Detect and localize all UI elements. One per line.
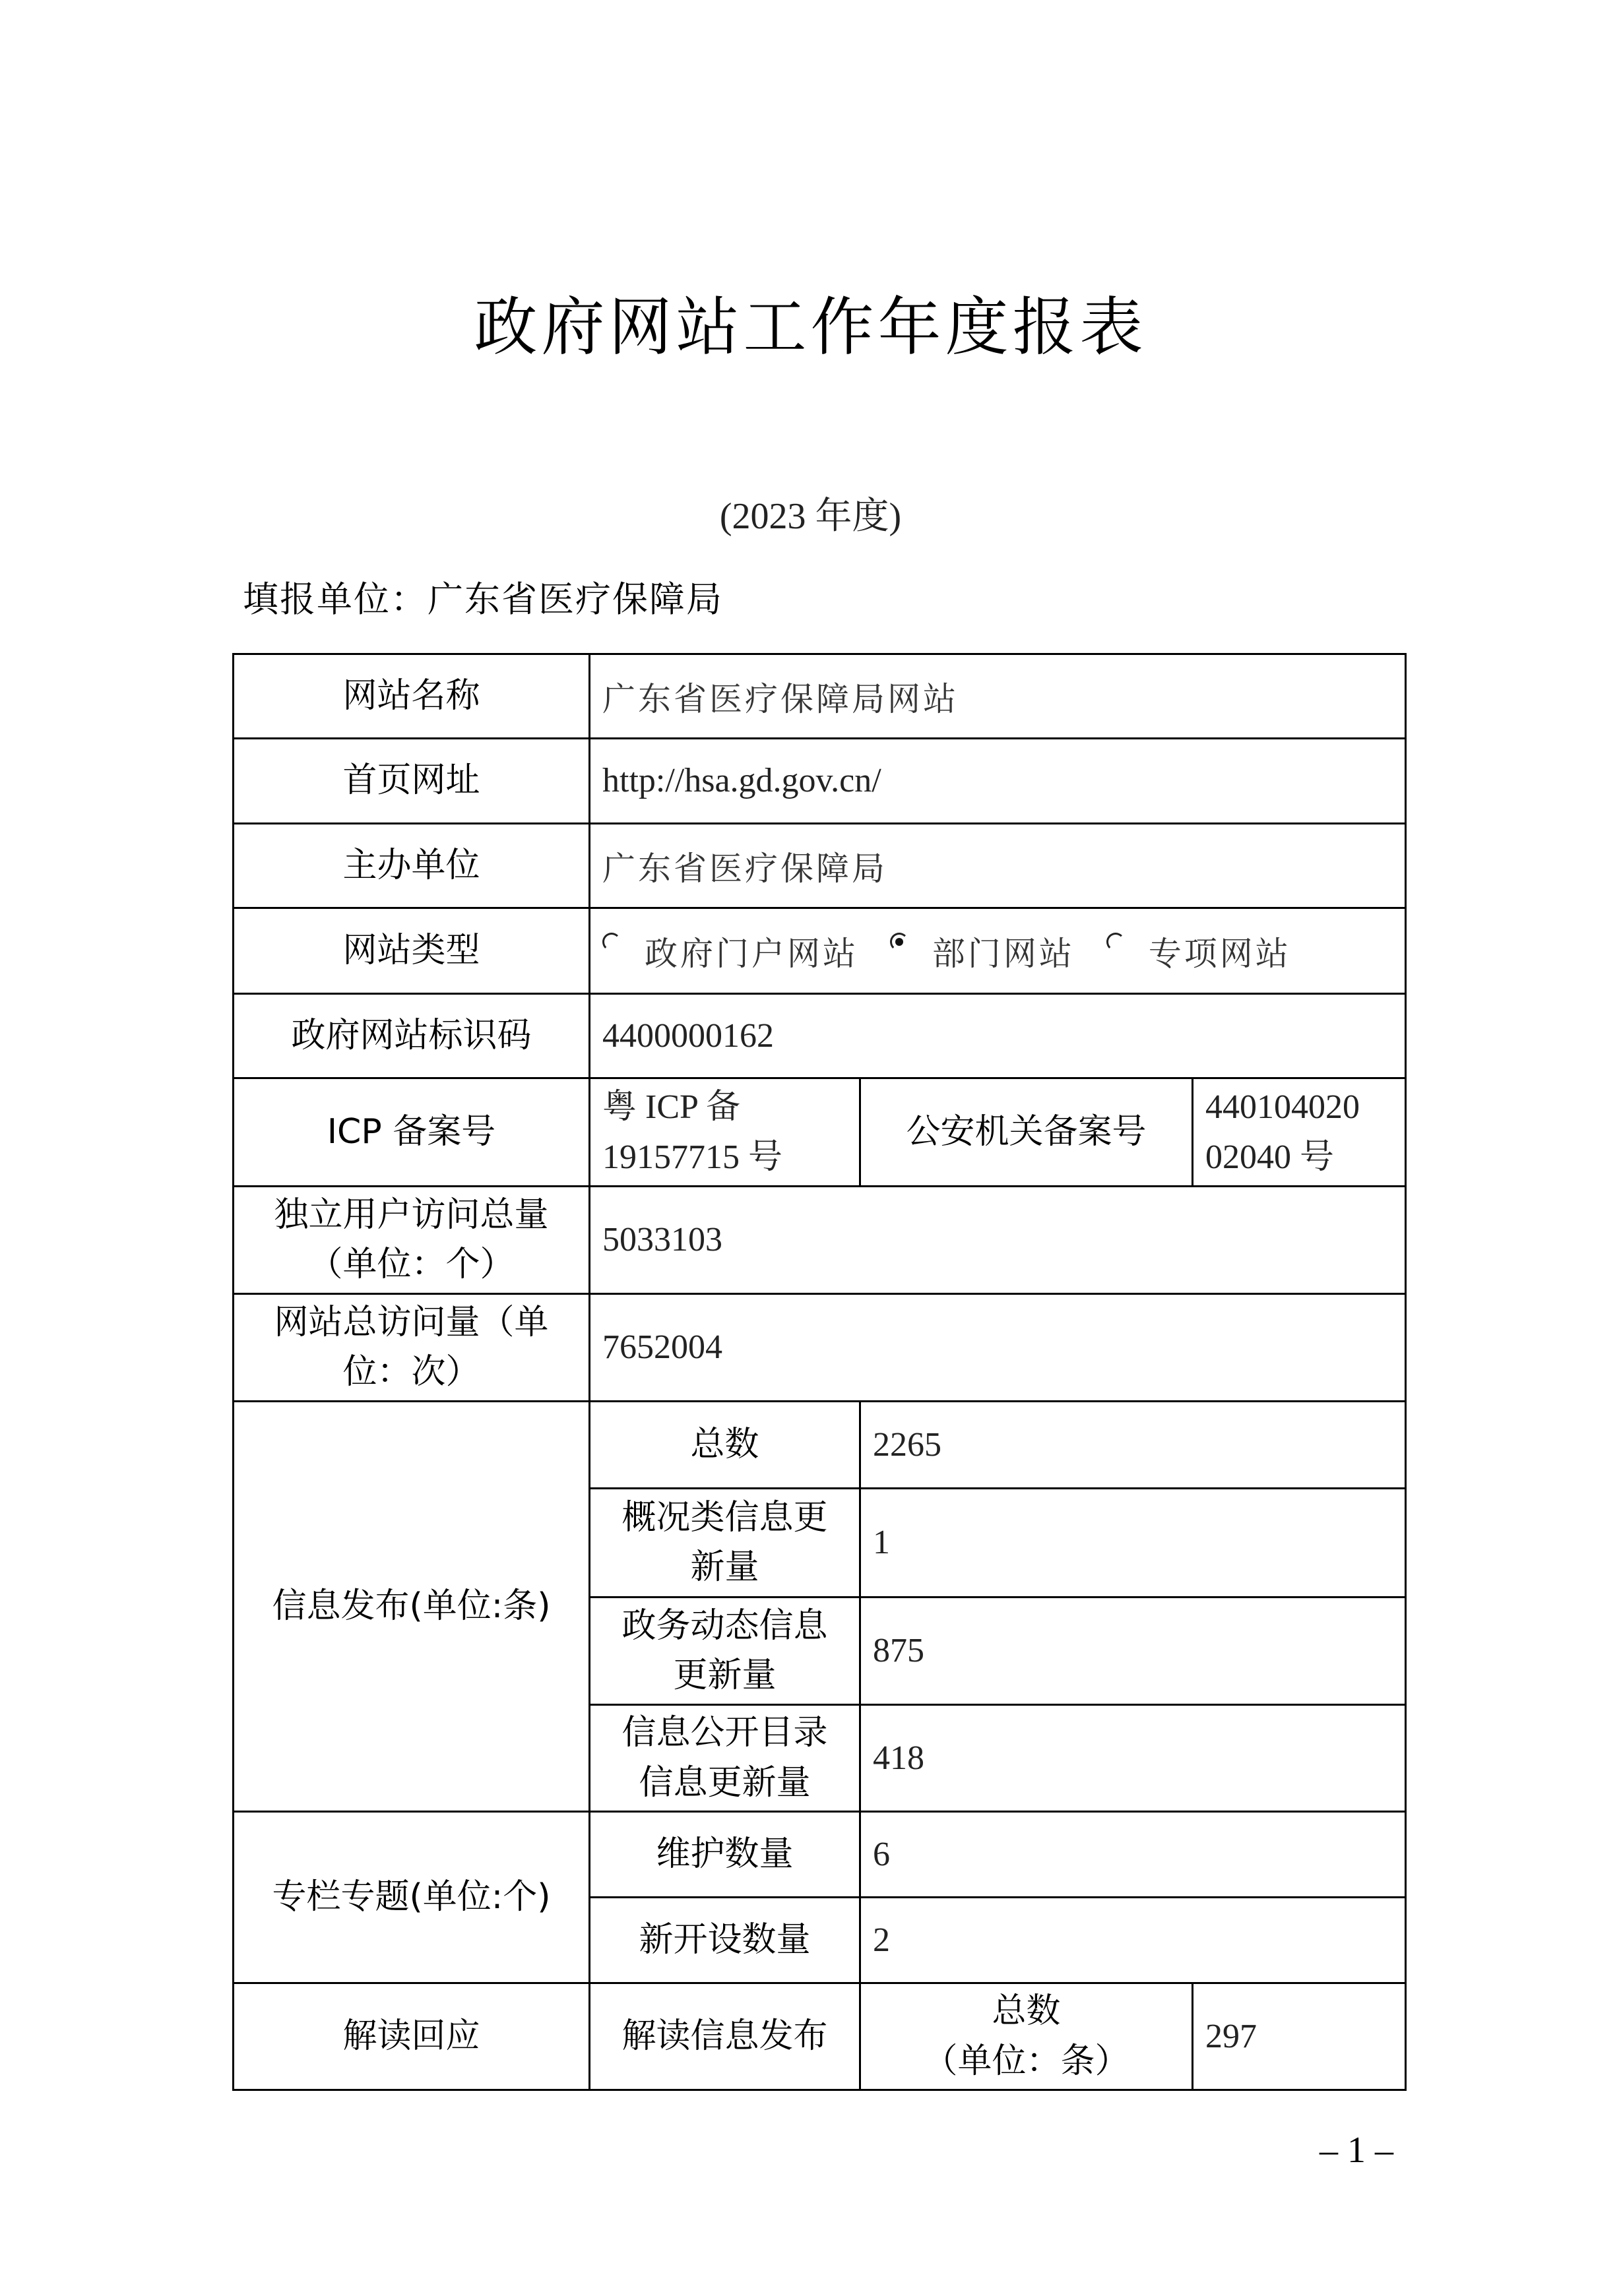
row-site-type: 网站类型 政府门户网站 部门网站 专项网站 xyxy=(234,908,1406,994)
interpretation-sub-label: 解读信息发布 xyxy=(590,1983,860,2090)
site-type-option-label: 专项网站 xyxy=(1149,927,1291,975)
interpretation-label: 解读回应 xyxy=(234,1983,590,2090)
row-columns-maintained: 专栏专题(单位:个) 维护数量 6 xyxy=(234,1812,1406,1898)
columns-new-value: 2 xyxy=(860,1898,1406,1983)
homepage-url-value: http://hsa.gd.gov.cn/ xyxy=(590,739,1406,824)
info-disclosure-value: 418 xyxy=(860,1705,1406,1812)
site-type-options: 政府门户网站 部门网站 专项网站 xyxy=(590,908,1406,994)
info-overview-value: 1 xyxy=(860,1489,1406,1598)
filler-unit: 填报单位：广东省医疗保障局 xyxy=(243,571,723,622)
icp-label: ICP 备案号 xyxy=(234,1078,590,1187)
police-record-line2: 02040 号 xyxy=(1205,1132,1393,1182)
icp-value: 粤 ICP 备 19157715 号 xyxy=(590,1078,860,1187)
site-type-option-department[interactable]: 部门网站 xyxy=(890,927,1075,975)
radio-checked-icon[interactable] xyxy=(890,933,908,951)
info-total-value: 2265 xyxy=(860,1402,1406,1489)
info-disclosure-label-line2: 信息更新量 xyxy=(602,1758,847,1808)
info-disclosure-label: 信息公开目录 信息更新量 xyxy=(590,1705,860,1812)
site-name-value: 广东省医疗保障局网站 xyxy=(590,654,1406,739)
filler-unit-value: 广东省医疗保障局 xyxy=(428,578,723,620)
filler-unit-label: 填报单位： xyxy=(243,578,428,620)
site-type-option-label: 政府门户网站 xyxy=(645,927,858,975)
unique-visitors-label-line1: 独立用户访问总量 xyxy=(246,1191,577,1240)
icp-value-line1: 粤 ICP 备 xyxy=(602,1082,847,1132)
row-site-name: 网站名称 广东省医疗保障局网站 xyxy=(234,654,1406,739)
info-gov-news-value: 875 xyxy=(860,1598,1406,1705)
columns-new-label: 新开设数量 xyxy=(590,1898,860,1983)
interpretation-total-label: 总数 （单位：条） xyxy=(860,1983,1193,2090)
info-gov-news-label: 政务动态信息 更新量 xyxy=(590,1598,860,1705)
radio-unchecked-icon[interactable] xyxy=(1106,933,1125,951)
total-visits-label: 网站总访问量（单 位：次） xyxy=(234,1294,590,1402)
special-columns-label: 专栏专题(单位:个) xyxy=(234,1812,590,1983)
total-visits-label-line2: 位：次） xyxy=(246,1348,577,1397)
site-id-code-label: 政府网站标识码 xyxy=(234,994,590,1078)
radio-unchecked-icon[interactable] xyxy=(602,933,621,951)
unique-visitors-label: 独立用户访问总量 （单位：个） xyxy=(234,1187,590,1294)
site-type-option-portal[interactable]: 政府门户网站 xyxy=(602,927,858,975)
row-homepage-url: 首页网址 http://hsa.gd.gov.cn/ xyxy=(234,739,1406,824)
sponsor-value: 广东省医疗保障局 xyxy=(590,824,1406,908)
site-type-option-label: 部门网站 xyxy=(932,927,1075,975)
row-info-total: 信息发布(单位:条) 总数 2265 xyxy=(234,1402,1406,1489)
annual-report-table: 网站名称 广东省医疗保障局网站 首页网址 http://hsa.gd.gov.c… xyxy=(232,653,1407,2091)
unique-visitors-value: 5033103 xyxy=(590,1187,1406,1294)
info-publish-label: 信息发布(单位:条) xyxy=(234,1402,590,1812)
info-disclosure-label-line1: 信息公开目录 xyxy=(602,1708,847,1758)
row-total-visits: 网站总访问量（单 位：次） 7652004 xyxy=(234,1294,1406,1402)
row-sponsor: 主办单位 广东省医疗保障局 xyxy=(234,824,1406,908)
row-interpretation: 解读回应 解读信息发布 总数 （单位：条） 297 xyxy=(234,1983,1406,2090)
columns-maintained-value: 6 xyxy=(860,1812,1406,1898)
icp-value-line2: 19157715 号 xyxy=(602,1132,847,1182)
row-site-id-code: 政府网站标识码 4400000162 xyxy=(234,994,1406,1078)
site-type-option-special[interactable]: 专项网站 xyxy=(1106,927,1291,975)
interpretation-total-label-line2: （单位：条） xyxy=(873,2037,1180,2086)
site-type-label: 网站类型 xyxy=(234,908,590,994)
site-name-label: 网站名称 xyxy=(234,654,590,739)
info-overview-label-line1: 概况类信息更 xyxy=(602,1493,847,1543)
report-year: (2023 年度) xyxy=(0,487,1621,540)
columns-maintained-label: 维护数量 xyxy=(590,1812,860,1898)
police-record-value: 440104020 02040 号 xyxy=(1193,1078,1406,1187)
row-unique-visitors: 独立用户访问总量 （单位：个） 5033103 xyxy=(234,1187,1406,1294)
police-record-line1: 440104020 xyxy=(1205,1082,1393,1132)
homepage-url-label: 首页网址 xyxy=(234,739,590,824)
total-visits-label-line1: 网站总访问量（单 xyxy=(246,1298,577,1348)
info-overview-label: 概况类信息更 新量 xyxy=(590,1489,860,1598)
info-total-label: 总数 xyxy=(590,1402,860,1489)
police-record-label: 公安机关备案号 xyxy=(860,1078,1193,1187)
interpretation-total-value: 297 xyxy=(1193,1983,1406,2090)
info-gov-news-label-line2: 更新量 xyxy=(602,1651,847,1700)
unique-visitors-label-line2: （单位：个） xyxy=(246,1240,577,1289)
sponsor-label: 主办单位 xyxy=(234,824,590,908)
interpretation-total-label-line1: 总数 xyxy=(873,1987,1180,2036)
info-gov-news-label-line1: 政务动态信息 xyxy=(602,1601,847,1651)
total-visits-value: 7652004 xyxy=(590,1294,1406,1402)
row-icp: ICP 备案号 粤 ICP 备 19157715 号 公安机关备案号 44010… xyxy=(234,1078,1406,1187)
info-overview-label-line2: 新量 xyxy=(602,1543,847,1592)
site-id-code-value: 4400000162 xyxy=(590,994,1406,1078)
page-number: – 1 – xyxy=(1319,2129,1393,2171)
document-title: 政府网站工作年度报表 xyxy=(0,277,1621,367)
